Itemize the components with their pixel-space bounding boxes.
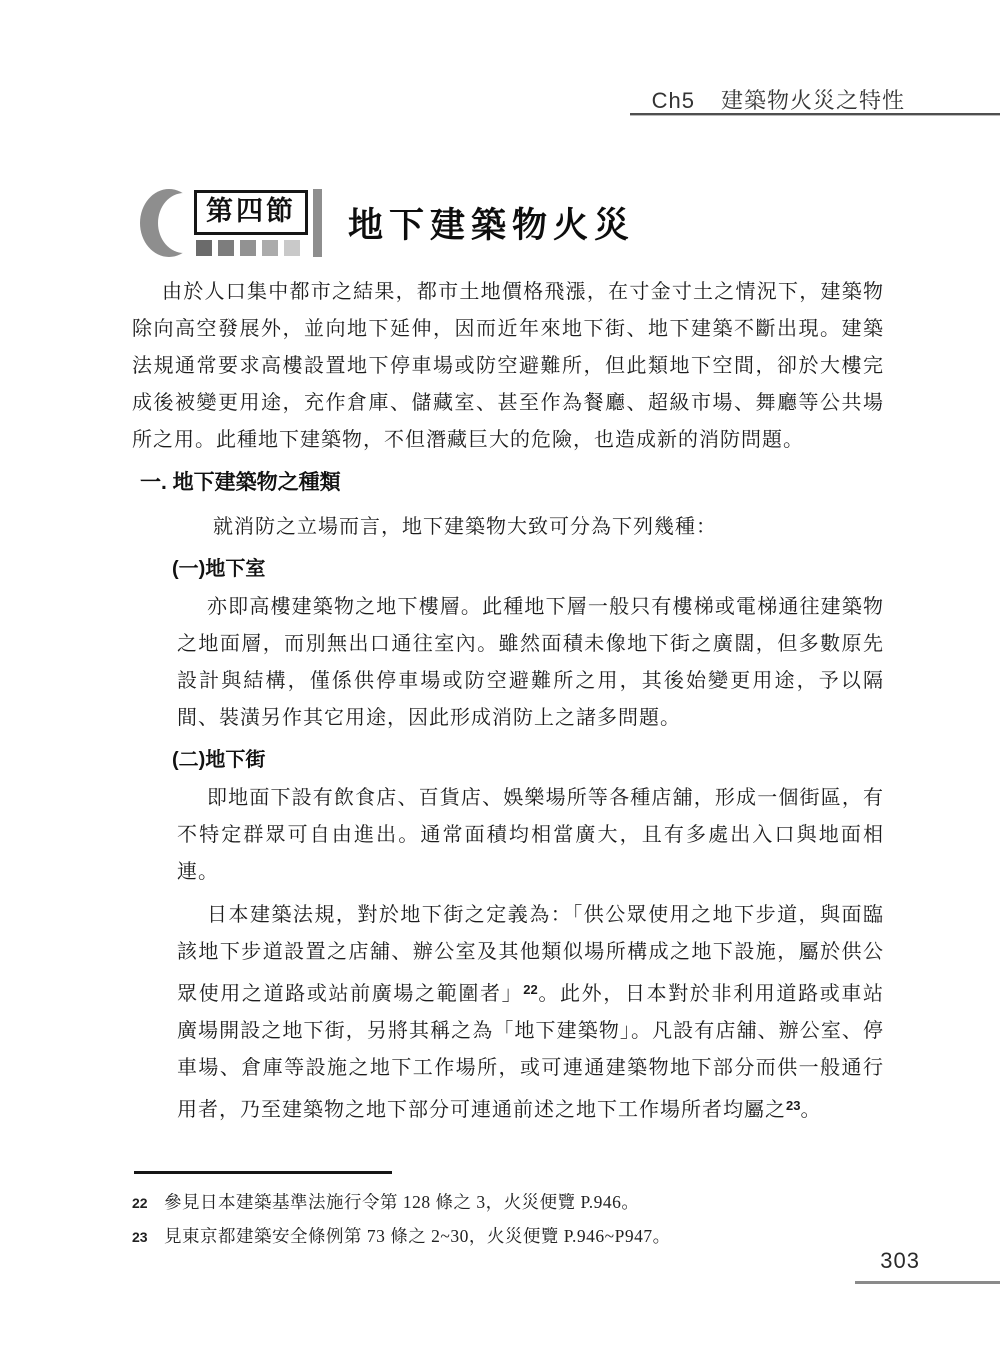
footnote-text: 參見日本建築基準法施行令第 128 條之 3，火災便覽 P.946。 [164, 1186, 639, 1219]
footnotes: 22 參見日本建築基準法施行令第 128 條之 3，火災便覽 P.946。 23… [132, 1186, 884, 1254]
footnote-item: 22 參見日本建築基準法施行令第 128 條之 3，火災便覽 P.946。 [132, 1186, 884, 1220]
chapter-number: Ch5 [652, 88, 695, 113]
section-title: 地下建築物火災 [348, 198, 635, 248]
footnote-marker-23: 23 [786, 1098, 800, 1113]
section-accent-bar [313, 189, 322, 257]
subsection-2-paragraph-2: 日本建築法規，對於地下街之定義為：「供公眾使用之地下步道，與面臨該地下步道設置之… [177, 897, 884, 1129]
subsection-2-label: (二)地下街 [172, 746, 884, 774]
crescent-icon [140, 188, 192, 258]
footnote-number: 22 [132, 1186, 164, 1220]
paragraph-text: 。 [800, 1099, 821, 1121]
section-badge-label: 第四節 [206, 196, 296, 226]
decorative-square [262, 240, 278, 256]
footnote-text: 見東京都建築安全條例第 73 條之 2~30，火災便覽 P.946~P947。 [164, 1220, 671, 1253]
section-badge: 第四節 [194, 190, 308, 235]
footnote-number: 23 [132, 1220, 164, 1254]
chapter-title: 建築物火災之特性 [721, 88, 905, 113]
decorative-square [196, 240, 212, 256]
footnote-marker-22: 22 [523, 982, 537, 997]
running-header-text: Ch5建築物火災之特性 [652, 84, 905, 115]
page-number: 303 [880, 1248, 920, 1274]
running-header: Ch5建築物火災之特性 [652, 84, 905, 115]
section-badge-column: 第四節 [194, 190, 308, 256]
header-rule [630, 113, 1000, 116]
decorative-square [284, 240, 300, 256]
decorative-square [240, 240, 256, 256]
heading-underground-building-types: 一. 地下建築物之種類 [140, 469, 884, 497]
decorative-squares [194, 240, 308, 256]
body-column: 由於人口集中都市之結果，都市土地價格飛漲，在寸金寸土之情況下，建築物除向高空發展… [132, 258, 884, 1254]
intro-paragraph: 由於人口集中都市之結果，都市土地價格飛漲，在寸金寸土之情況下，建築物除向高空發展… [132, 274, 884, 459]
book-page: Ch5建築物火災之特性 第四節 地下建築物火災 由於人口集中都市之結果，都市土地… [0, 0, 1000, 1353]
subsection-2-paragraph-1: 即地面下設有飲食店、百貨店、娛樂場所等各種店舖，形成一個街區，有不特定群眾可自由… [177, 780, 884, 891]
lead-paragraph: 就消防之立場而言，地下建築物大致可分為下列幾種： [177, 509, 884, 546]
footer-rule [855, 1281, 1000, 1284]
decorative-square [218, 240, 234, 256]
subsection-1-label: (一)地下室 [172, 555, 884, 583]
footnote-divider [134, 1171, 392, 1174]
subsection-1-paragraph: 亦即高樓建築物之地下樓層。此種地下層一般只有樓梯或電梯通往建築物之地面層，而別無… [177, 589, 884, 737]
section-header: 第四節 地下建築物火災 [140, 188, 635, 258]
footnote-item: 23 見東京都建築安全條例第 73 條之 2~30，火災便覽 P.946~P94… [132, 1220, 884, 1254]
